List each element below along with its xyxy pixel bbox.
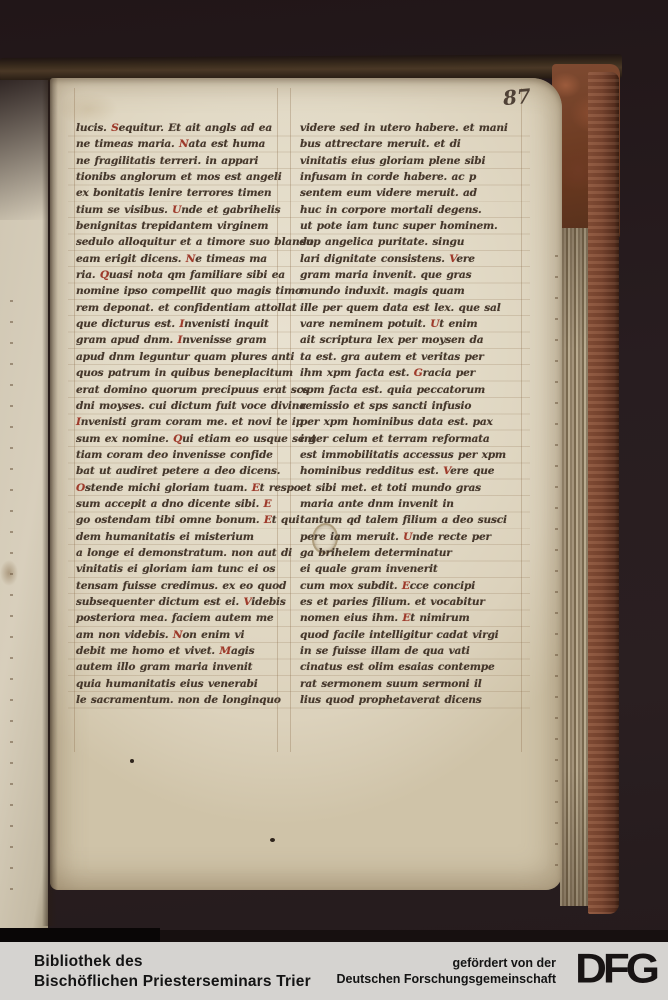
rubric-initial: E	[264, 514, 272, 526]
manuscript-line: tiam coram deo invenisse confide	[76, 447, 292, 463]
digitized-manuscript-photo: 87 lucis. Sequitur. Et ait angls ad eane…	[0, 0, 668, 1000]
manuscript-line: lius quod prophetaverat dicens	[300, 692, 522, 708]
page-stack-fore-edge	[560, 228, 589, 906]
manuscript-line: cum mox subdit. Ecce concipi	[300, 578, 522, 594]
manuscript-line: a longe ei demonstratum. non aut di	[76, 545, 292, 561]
manuscript-line: ne fragilitatis terreri. in appari	[76, 153, 292, 169]
gutter-shadow	[42, 78, 58, 926]
rubric-initial: U	[172, 204, 181, 216]
rubric-initial: N	[179, 138, 188, 150]
manuscript-line: remissio et sps sancti infusio	[300, 398, 522, 414]
manuscript-line: posteriora mea. faciem autem me	[76, 610, 292, 626]
manuscript-line: es et paries filium. et vocabitur	[300, 594, 522, 610]
manuscript-line: le sacramentum. non de longinquo	[76, 692, 292, 708]
manuscript-line: benignitas trepidantem virginem	[76, 218, 292, 234]
manuscript-line: sum ex nomine. Qui etiam eo usque se g	[76, 431, 292, 447]
ink-speck	[270, 838, 275, 842]
manuscript-line: in se fuisse illam de qua vati	[300, 643, 522, 659]
manuscript-line: et sibi met. et toti mundo gras	[300, 480, 522, 496]
manuscript-line: xpm facta est. quia peccatorum	[300, 382, 522, 398]
manuscript-line: apud dnm leguntur quam plures anti	[76, 349, 292, 365]
manuscript-line: ta est. gra autem et veritas per	[300, 349, 522, 365]
manuscript-line: debit me homo et vivet. Magis	[76, 643, 292, 659]
manuscript-line: dni moyses. cui dictum fuit voce divina	[76, 398, 292, 414]
manuscript-line: cinatus est olim esaias contempe	[300, 659, 522, 675]
library-footer-bar: Bibliothek des Bischöflichen Priestersem…	[0, 942, 668, 1000]
manuscript-line: nomine ipso compellit quo magis timo	[76, 283, 292, 299]
manuscript-line: sedulo alloquitur et a timore suo blando	[76, 234, 292, 250]
dfg-logo: DFG	[575, 945, 656, 993]
manuscript-line: bus attrectare meruit. et di	[300, 136, 522, 152]
manuscript-line: sentem eum videre meruit. ad	[300, 185, 522, 201]
rubric-initial: U	[430, 318, 439, 330]
funding-credit-line2: Deutschen Forschungsgemeinschaft	[337, 971, 557, 987]
parchment-stain	[0, 560, 18, 586]
margin-ruling-line	[74, 88, 75, 752]
manuscript-line: ei quale gram invenerit	[300, 561, 522, 577]
ink-speck	[130, 759, 134, 763]
manuscript-line: mundo induxit. magis quam	[300, 283, 522, 299]
manuscript-line: vare neminem potuit. Ut enim	[300, 316, 522, 332]
rubric-initial: E	[252, 482, 260, 494]
rubric-initial: Q	[173, 433, 182, 445]
folio-number: 87	[502, 84, 532, 110]
manuscript-line: dem humanitatis ei misterium	[76, 529, 292, 545]
manuscript-line: quod facile intelligitur cadat virgi	[300, 627, 522, 643]
manuscript-line: eam erigit dicens. Ne timeas ma	[76, 251, 292, 267]
manuscript-line: que dicturus est. Invenisti inquit	[76, 316, 292, 332]
manuscript-line: tensam fuisse credimus. ex eo quod	[76, 578, 292, 594]
manuscript-line: sup angelica puritate. singu	[300, 234, 522, 250]
manuscript-line: ille per quem data est lex. que sal	[300, 300, 522, 316]
pricking-holes	[555, 255, 558, 875]
manuscript-line: quia humanitatis eius venerabi	[76, 676, 292, 692]
manuscript-line: Invenisti gram coram me. et novi te ip	[76, 414, 292, 430]
rubric-initial: M	[219, 645, 231, 657]
manuscript-line: vinitatis eius gloriam plene sibi	[300, 153, 522, 169]
rubric-initial: E	[402, 580, 410, 592]
text-column-left: lucis. Sequitur. Et ait angls ad eane ti…	[76, 120, 292, 708]
manuscript-line: autem illo gram maria invenit	[76, 659, 292, 675]
manuscript-line: tionibs anglorum et mos est angeli	[76, 169, 292, 185]
rubric-initial: G	[414, 367, 423, 379]
manuscript-line: sum accepit a dno dicente sibi. E	[76, 496, 292, 512]
rubric-initial: U	[403, 531, 412, 543]
manuscript-line: inter celum et terram reformata	[300, 431, 522, 447]
rubric-initial: E	[264, 498, 272, 510]
manuscript-line: infusam in corde habere. ac p	[300, 169, 522, 185]
manuscript-line: gram maria invenit. que gras	[300, 267, 522, 283]
library-name-line1: Bibliothek des	[34, 952, 311, 972]
text-column-right: videre sed in utero habere. et manibus a…	[300, 120, 522, 708]
manuscript-line: lari dignitate consistens. Vere	[300, 251, 522, 267]
pricking-holes	[10, 300, 13, 900]
rubric-initial: N	[173, 629, 182, 641]
manuscript-line: quos patrum in quibus beneplacitum	[76, 365, 292, 381]
manuscript-line: maria ante dnm invenit in	[300, 496, 522, 512]
manuscript-line: go ostendam tibi omne bonum. Et qui	[76, 512, 292, 528]
rubric-initial: O	[76, 482, 85, 494]
manuscript-line: ne timeas maria. Nata est huma	[76, 136, 292, 152]
manuscript-line: videre sed in utero habere. et mani	[300, 120, 522, 136]
manuscript-line: hominibus redditus est. Vere que	[300, 463, 522, 479]
manuscript-line: ria. Quasi nota qm familiare sibi ea	[76, 267, 292, 283]
manuscript-line: gram apud dnm. Invenisse gram	[76, 332, 292, 348]
funding-credit: gefördert von der Deutschen Forschungsge…	[337, 955, 557, 987]
footer-divider-dark	[0, 928, 160, 942]
manuscript-line: am non videbis. Non enim vi	[76, 627, 292, 643]
rubric-initial: Q	[100, 269, 109, 281]
manuscript-line: vinitatis ei gloriam iam tunc ei os	[76, 561, 292, 577]
manuscript-line: subsequenter dictum est ei. Videbis	[76, 594, 292, 610]
manuscript-line: lucis. Sequitur. Et ait angls ad ea	[76, 120, 292, 136]
manuscript-line: ex bonitatis lenire terrores timen	[76, 185, 292, 201]
leather-cover-edge	[588, 72, 619, 914]
manuscript-line: rat sermonem suum sermoni il	[300, 676, 522, 692]
gutter-top-shadow	[0, 80, 48, 220]
library-name-line2: Bischöflichen Priesterseminars Trier	[34, 972, 311, 992]
manuscript-line: rem deponat. et confidentiam attollat	[76, 300, 292, 316]
manuscript-line: per xpm hominibus data est. pax	[300, 414, 522, 430]
manuscript-line: est immobilitatis accessus per xpm	[300, 447, 522, 463]
manuscript-line: ga brihelem determinatur	[300, 545, 522, 561]
manuscript-line: ut pote iam tunc super hominem.	[300, 218, 522, 234]
manuscript-line: huc in corpore mortali degens.	[300, 202, 522, 218]
rubric-initial: S	[111, 122, 118, 134]
manuscript-line: Ostende michi gloriam tuam. Et respo	[76, 480, 292, 496]
manuscript-line: tantum qd talem filium a deo susci	[300, 512, 522, 528]
rubric-initial: N	[186, 253, 195, 265]
manuscript-line: erat domino quorum precipuus erat scs	[76, 382, 292, 398]
manuscript-line: tium se visibus. Unde et gabrihelis	[76, 202, 292, 218]
library-name: Bibliothek des Bischöflichen Priestersem…	[34, 952, 311, 992]
manuscript-line: bat ut audiret petere a deo dicens.	[76, 463, 292, 479]
manuscript-line: ait scriptura lex per moysen da	[300, 332, 522, 348]
manuscript-line: pere iam meruit. Unde recte per	[300, 529, 522, 545]
manuscript-line: ihm xpm facta est. Gracia per	[300, 365, 522, 381]
manuscript-line: nomen eius ihm. Et nimirum	[300, 610, 522, 626]
funding-credit-line1: gefördert von der	[337, 955, 557, 971]
